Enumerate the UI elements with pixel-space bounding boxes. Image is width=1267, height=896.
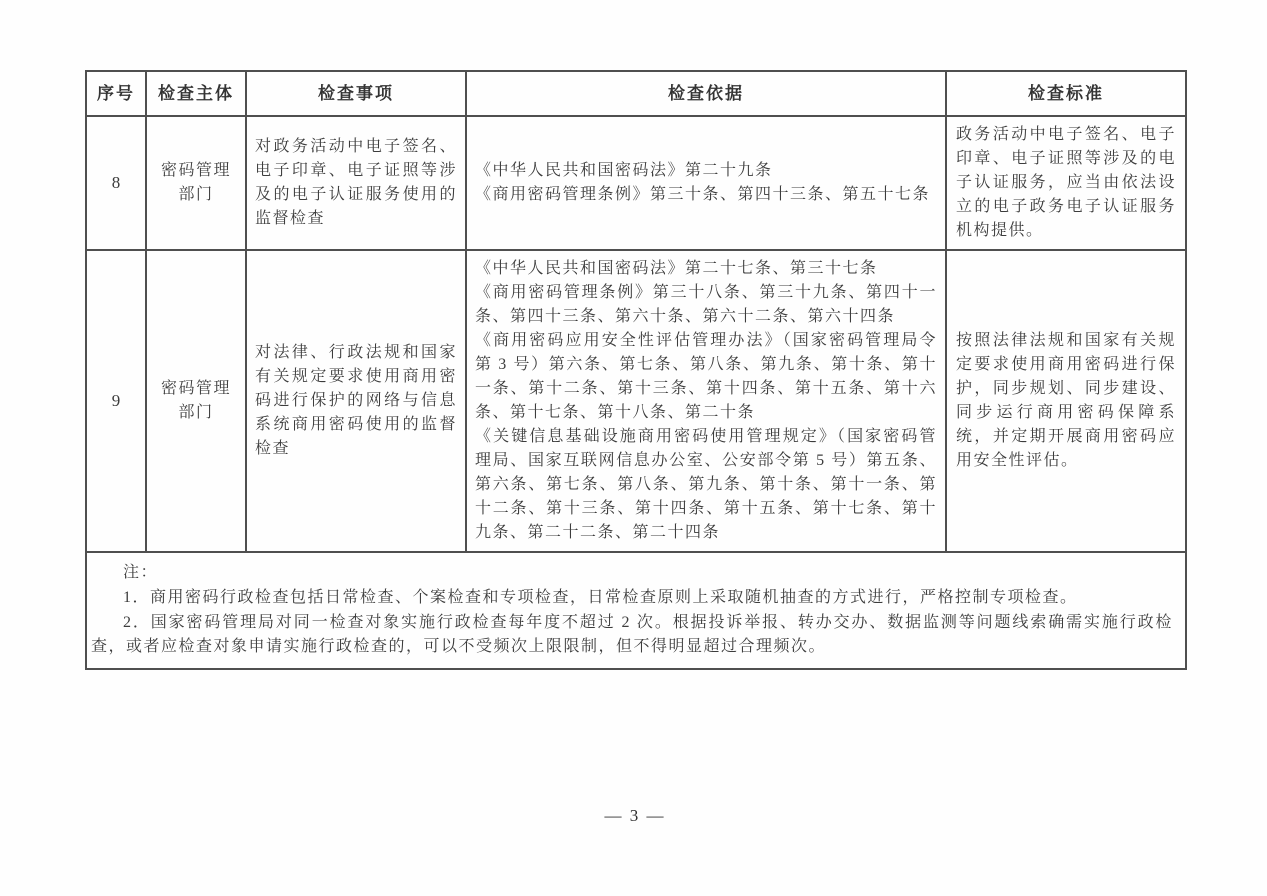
cell-inspection-standard: 政务活动中电子签名、电子印章、电子证照等涉及的电子认证服务，应当由依法设立的电子… — [946, 116, 1186, 250]
cell-inspection-subject: 密码管理 部门 — [146, 116, 246, 250]
subject-line: 密码管理 — [147, 377, 245, 401]
table-notes-row: 注： 1．商用密码行政检查包括日常检查、个案检查和专项检查，日常检查原则上采取随… — [86, 552, 1186, 669]
cell-serial-number: 9 — [86, 250, 146, 552]
basis-reference: 《中华人民共和国密码法》第二十九条 — [475, 159, 937, 183]
matter-text: 对政务活动中电子签名、电子印章、电子证照等涉及的电子认证服务使用的监督检查 — [255, 135, 457, 231]
col-header-inspection-subject: 检查主体 — [146, 71, 246, 116]
cell-inspection-subject: 密码管理 部门 — [146, 250, 246, 552]
standard-text: 按照法律法规和国家有关规定要求使用商用密码进行保护，同步规划、同步建设、同步运行… — [956, 329, 1176, 473]
basis-reference: 《关键信息基础设施商用密码使用管理规定》（国家密码管理局、国家互联网信息办公室、… — [475, 425, 937, 545]
note-item: 1．商用密码行政检查包括日常检查、个案检查和专项检查，日常检查原则上采取随机抽查… — [91, 586, 1173, 611]
notes-label: 注： — [91, 561, 1173, 586]
basis-reference: 《商用密码管理条例》第三十条、第四十三条、第五十七条 — [475, 183, 937, 207]
cell-serial-number: 8 — [86, 116, 146, 250]
document-page: 序号 检查主体 检查事项 检查依据 检查标准 8 密码管理 部门 对政务活动中电… — [0, 0, 1267, 896]
table-row: 9 密码管理 部门 对法律、行政法规和国家有关规定要求使用商用密码进行保护的网络… — [86, 250, 1186, 552]
col-header-inspection-matter: 检查事项 — [246, 71, 466, 116]
cell-inspection-standard: 按照法律法规和国家有关规定要求使用商用密码进行保护，同步规划、同步建设、同步运行… — [946, 250, 1186, 552]
standard-text: 政务活动中电子签名、电子印章、电子证照等涉及的电子认证服务，应当由依法设立的电子… — [956, 123, 1176, 243]
basis-reference: 《中华人民共和国密码法》第二十七条、第三十七条 — [475, 257, 937, 281]
page-number: — 3 — — [85, 806, 1185, 826]
matter-text: 对法律、行政法规和国家有关规定要求使用商用密码进行保护的网络与信息系统商用密码使… — [255, 341, 457, 461]
col-header-inspection-standard: 检查标准 — [946, 71, 1186, 116]
basis-reference: 《商用密码管理条例》第三十八条、第三十九条、第四十一条、第四十三条、第六十条、第… — [475, 281, 937, 329]
subject-line: 部门 — [147, 183, 245, 207]
subject-line: 部门 — [147, 401, 245, 425]
table-row: 8 密码管理 部门 对政务活动中电子签名、电子印章、电子证照等涉及的电子认证服务… — [86, 116, 1186, 250]
cell-notes: 注： 1．商用密码行政检查包括日常检查、个案检查和专项检查，日常检查原则上采取随… — [86, 552, 1186, 669]
basis-reference: 《商用密码应用安全性评估管理办法》（国家密码管理局令第 3 号）第六条、第七条、… — [475, 329, 937, 425]
note-item: 2．国家密码管理局对同一检查对象实施行政检查每年度不超过 2 次。根据投诉举报、… — [91, 611, 1173, 661]
inspection-table: 序号 检查主体 检查事项 检查依据 检查标准 8 密码管理 部门 对政务活动中电… — [85, 70, 1187, 670]
col-header-serial-number: 序号 — [86, 71, 146, 116]
subject-line: 密码管理 — [147, 159, 245, 183]
col-header-inspection-basis: 检查依据 — [466, 71, 946, 116]
cell-inspection-matter: 对政务活动中电子签名、电子印章、电子证照等涉及的电子认证服务使用的监督检查 — [246, 116, 466, 250]
cell-inspection-basis: 《中华人民共和国密码法》第二十九条 《商用密码管理条例》第三十条、第四十三条、第… — [466, 116, 946, 250]
cell-inspection-matter: 对法律、行政法规和国家有关规定要求使用商用密码进行保护的网络与信息系统商用密码使… — [246, 250, 466, 552]
cell-inspection-basis: 《中华人民共和国密码法》第二十七条、第三十七条 《商用密码管理条例》第三十八条、… — [466, 250, 946, 552]
table-header-row: 序号 检查主体 检查事项 检查依据 检查标准 — [86, 71, 1186, 116]
